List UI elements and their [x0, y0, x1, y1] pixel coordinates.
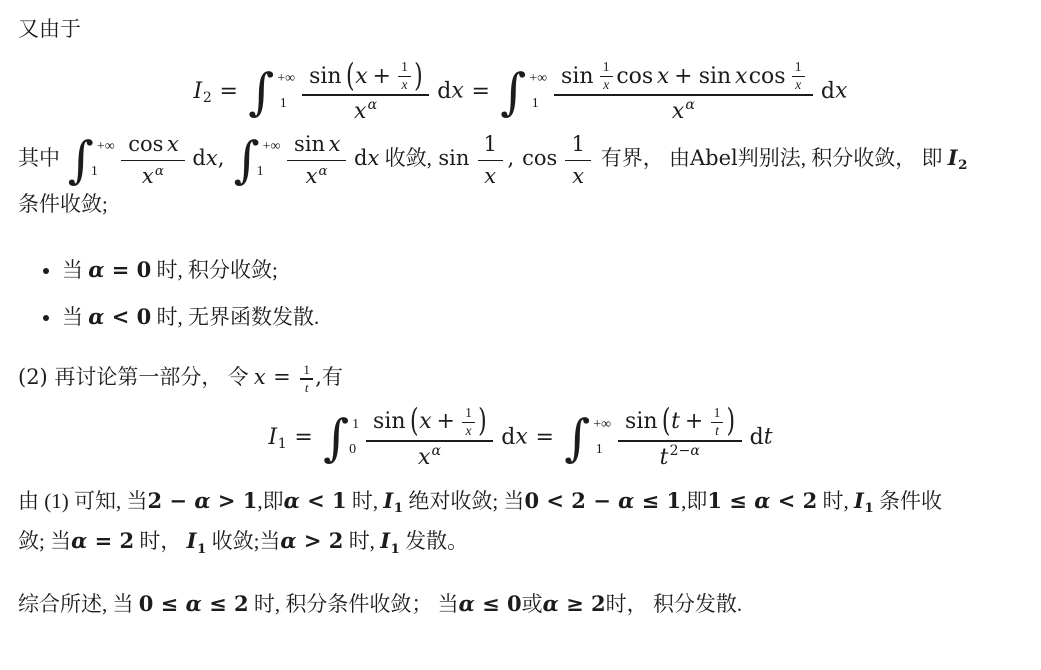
math-variable: x — [419, 408, 431, 436]
math-delimiter: ( — [346, 57, 355, 97]
math-segment: 2 — [958, 157, 967, 173]
fraction-numerator: 1 — [711, 406, 724, 421]
bold-math-run: α = 0 — [88, 257, 151, 282]
math-operator: sin — [561, 63, 594, 91]
fraction-numerator: sin(x+1x) — [302, 60, 430, 94]
math-segment: 1 — [401, 59, 408, 74]
integral-limits: +∞1 — [94, 136, 115, 185]
math-delimiter: ( — [410, 402, 419, 442]
paragraph-abel-argument: 其中 ∫+∞1cosxxαdx, ∫+∞1sinxxαdx 收敛, sin1x,… — [18, 131, 1023, 220]
text-run: 又由于 — [18, 17, 81, 41]
math-segment: α — [186, 591, 202, 616]
paragraph-part2-intro: (2) 再讨论第一部分， 令 x=1t,有 — [18, 361, 1023, 395]
text-run: 时, — [343, 529, 380, 553]
math-roman: 1 — [484, 131, 497, 157]
math-segment: α — [194, 488, 210, 513]
math-variable-bold: I2 — [948, 145, 968, 170]
math-variable: xα — [418, 444, 441, 472]
fraction-numerator: 1 — [565, 131, 590, 159]
math-segment: x — [603, 77, 609, 92]
math-segment: α — [618, 488, 634, 513]
math-segment: α — [284, 488, 300, 513]
math-segment: α — [690, 443, 700, 459]
math-operator: cos — [128, 131, 163, 157]
math-segment: α — [71, 528, 87, 553]
text-run: 其中 — [18, 146, 65, 170]
integral-upper-limit: 1 — [352, 418, 359, 432]
fraction-denominator: x — [792, 77, 804, 92]
fraction-numerator: sinx — [287, 131, 347, 159]
math-segment: > 2 — [297, 528, 344, 553]
small-fraction: 1x — [462, 406, 475, 438]
fraction-denominator: xα — [348, 96, 383, 126]
math-variable: I1 — [268, 425, 286, 450]
differential-d: d — [437, 79, 451, 104]
math-relation: = — [273, 365, 291, 389]
fraction: sin1xcosx+sinxcos1xxα — [554, 60, 813, 125]
integral-limits: +∞1 — [590, 414, 611, 463]
fraction-denominator: x — [566, 161, 590, 189]
integral-lower-limit: 0 — [346, 443, 359, 457]
bullet-item-alpha-negative: 当 α < 0 时, 无界函数发散. — [62, 302, 1023, 332]
text-run: 当 — [62, 305, 88, 329]
bold-math-run: α < 0 — [88, 304, 151, 329]
math-variable: x — [329, 131, 341, 157]
integral-lower-limit: 1 — [587, 443, 611, 457]
fraction-numerator: cosx — [121, 131, 185, 159]
math-operator: sin — [699, 63, 732, 91]
math-variable: I2 — [194, 79, 212, 104]
bold-math-run: 1 ≤ α < 2 — [707, 488, 817, 513]
math-variable: x — [254, 365, 266, 389]
math-segment: t — [715, 423, 719, 438]
fraction: sinxxα — [287, 131, 347, 189]
fraction-numerator: 1 — [300, 363, 313, 378]
fraction: cosxxα — [121, 131, 185, 189]
math-segment: ≤ 1 — [634, 488, 681, 513]
math-variable: x — [515, 425, 527, 450]
fraction-numerator: 1 — [462, 406, 475, 421]
math-variable: x — [735, 63, 747, 91]
integral-upper-limit: +∞ — [97, 140, 115, 154]
text-run: 判别法, 积分收敛， 即 — [738, 146, 948, 170]
superscript: α — [432, 444, 442, 458]
bold-math-run: 0 < 2 − α ≤ 1 — [524, 488, 681, 513]
math-segment: 1 — [864, 500, 873, 516]
math-segment: α — [88, 304, 104, 329]
superscript: 2−α — [670, 444, 700, 458]
bold-math-run: α < 1 — [284, 488, 347, 513]
bold-math-run: α > 2 — [280, 528, 343, 553]
math-segment: α — [319, 164, 328, 179]
subscript: 2 — [203, 91, 212, 105]
math-variable: x — [572, 163, 584, 189]
math-variable: xα — [306, 163, 328, 189]
math-delimiter: ) — [478, 402, 487, 442]
bold-math-run: 0 ≤ α ≤ 2 — [139, 591, 249, 616]
integral-lower-limit: 1 — [523, 97, 547, 111]
math-segment: α — [432, 443, 442, 459]
math-roman: , — [218, 146, 231, 170]
document-page: 又由于 I2=∫+∞1sin(x+1x)xαdx=∫+∞1sin1xcosx+s… — [0, 0, 1041, 670]
display-formula-i2: I2=∫+∞1sin(x+1x)xαdx=∫+∞1sin1xcosx+sinxc… — [18, 60, 1023, 125]
fraction-numerator: 1 — [600, 60, 613, 75]
text-run: 再讨论第一部分， 令 — [54, 365, 254, 389]
math-segment: 1 — [465, 405, 472, 420]
text-run: 敛; 当 — [18, 529, 71, 553]
fraction-denominator: x — [478, 161, 502, 189]
text-run: 收敛;当 — [206, 529, 280, 553]
math-segment: 1 — [394, 500, 403, 516]
math-variable: x — [167, 131, 179, 157]
fraction-denominator: xα — [666, 96, 701, 126]
math-operator: cos — [522, 146, 557, 170]
text-run: 当 — [62, 258, 88, 282]
text-run: 或 — [522, 592, 543, 616]
bold-math-run: α = 2 — [71, 528, 134, 553]
math-segment: ≤ 2 — [202, 591, 249, 616]
fraction-denominator: x — [399, 77, 411, 92]
text-run: ,即 — [681, 489, 707, 513]
subscript: 1 — [864, 502, 873, 515]
integral: ∫+∞1 — [500, 68, 547, 117]
fraction-numerator: sin(x+1x) — [366, 406, 494, 440]
subscript: 1 — [278, 437, 287, 451]
math-segment: < 1 — [300, 488, 347, 513]
bold-math-run: 2 − α > 1 — [148, 488, 258, 513]
math-segment: < 2 — [770, 488, 817, 513]
math-variable: t — [671, 408, 680, 436]
math-delimiter: ) — [726, 402, 735, 442]
integral-limits: +∞1 — [274, 68, 295, 117]
math-roman: , — [508, 146, 521, 170]
superscript: α — [685, 98, 695, 112]
subscript: 2 — [958, 159, 967, 172]
math-segment: 0 < 2 − — [524, 488, 618, 513]
fraction-denominator: t — [302, 380, 312, 395]
math-segment: 2 − — [148, 488, 195, 513]
math-segment: α — [368, 97, 378, 113]
math-operator: sin — [294, 131, 325, 157]
math-binary-operator: + — [436, 408, 454, 436]
math-variable: x — [835, 79, 847, 104]
bullet-list-alpha-cases: 当 α = 0 时, 积分收敛; 当 α < 0 时, 无界函数发散. — [18, 255, 1023, 333]
superscript: α — [368, 98, 378, 112]
math-roman: , — [315, 365, 322, 389]
math-delimiter: ) — [414, 57, 423, 97]
math-segment: 1 — [197, 541, 206, 557]
text-run: 时, 积分条件收敛； 当 — [249, 592, 459, 616]
integral-upper-limit: +∞ — [529, 72, 547, 86]
math-binary-operator: + — [674, 63, 692, 91]
fraction-numerator: sin(t+1t) — [618, 406, 742, 440]
integral-lower-limit: 1 — [271, 97, 295, 111]
math-roman: (2) — [18, 365, 54, 389]
small-fraction: 1x — [600, 60, 613, 92]
math-segment: 1 — [714, 405, 721, 420]
math-segment: α — [754, 488, 770, 513]
math-segment: ≤ 0 — [475, 591, 522, 616]
math-operator: cos — [749, 63, 786, 91]
differential-d: d — [750, 425, 764, 450]
fraction-denominator: xα — [412, 442, 447, 472]
subscript: 1 — [197, 543, 206, 556]
math-segment: < 0 — [104, 304, 151, 329]
math-segment: > 1 — [211, 488, 258, 513]
math-operator: sin — [373, 408, 406, 436]
math-variable: x — [355, 63, 367, 91]
math-relation: = — [219, 79, 237, 104]
fraction-denominator: x — [463, 423, 475, 438]
text-run: 绝对收敛; 当 — [403, 489, 524, 513]
math-segment: 1 — [303, 362, 310, 377]
math-segment: t — [305, 380, 309, 395]
subscript: 1 — [394, 502, 403, 515]
text-run: 由 (1) 可知, 当 — [18, 489, 148, 513]
math-segment: α — [543, 591, 559, 616]
text-run: 综合所述, 当 — [18, 592, 139, 616]
fraction-numerator: 1 — [478, 131, 503, 159]
differential-d: d — [192, 146, 205, 170]
math-variable: t2−α — [660, 444, 700, 472]
math-relation: = — [535, 425, 553, 450]
small-fraction: 1x — [792, 60, 805, 92]
integral: ∫+∞1 — [234, 136, 281, 185]
math-variable: x — [657, 63, 669, 91]
math-relation: = — [471, 79, 489, 104]
fraction-numerator: 1 — [398, 60, 411, 75]
fraction: sin(t+1t)t2−α — [618, 406, 742, 471]
text-run: 时, 积分收敛; — [151, 258, 278, 282]
math-variable: xα — [142, 163, 164, 189]
math-roman: Abel — [690, 146, 738, 170]
fraction: 1x — [565, 131, 590, 189]
subscript: 1 — [391, 543, 400, 556]
math-segment: 1 — [278, 436, 287, 452]
math-binary-operator: + — [685, 408, 703, 436]
math-variable: xα — [672, 98, 695, 126]
fraction-numerator: sin1xcosx+sinxcos1x — [554, 60, 813, 94]
math-variable-bold: I1 — [854, 488, 874, 513]
paragraph-i1-analysis: 由 (1) 可知, 当2 − α > 1,即α < 1 时, I1 绝对收敛; … — [18, 481, 1023, 562]
text-run: 条件收 — [874, 489, 942, 513]
display-formula-i1: I1=∫10sin(x+1x)xαdx=∫+∞1sin(t+1t)t2−αdt — [18, 406, 1023, 471]
integral-upper-limit: +∞ — [593, 418, 611, 432]
math-binary-operator: + — [372, 63, 390, 91]
fraction-denominator: t2−α — [654, 442, 706, 472]
math-variable-bold: I1 — [380, 528, 400, 553]
fraction: sin(x+1x)xα — [366, 406, 494, 471]
text-run: 有界， 由 — [595, 146, 690, 170]
fraction-denominator: xα — [300, 161, 334, 189]
superscript: α — [155, 165, 164, 178]
integral-lower-limit: 1 — [91, 165, 115, 179]
integral: ∫+∞1 — [68, 136, 115, 185]
small-fraction: 1x — [398, 60, 411, 92]
text-run: 时， 积分发散. — [606, 592, 743, 616]
text-run: ,即 — [257, 489, 283, 513]
math-delimiter: ( — [662, 402, 671, 442]
math-variable-bold: I1 — [187, 528, 207, 553]
math-segment: α — [280, 528, 296, 553]
fraction: sin(x+1x)xα — [302, 60, 430, 125]
superscript: α — [319, 165, 328, 178]
integral: ∫+∞1 — [564, 414, 611, 463]
math-operator: sin — [625, 408, 658, 436]
math-operator: cos — [616, 63, 653, 91]
integral: ∫+∞1 — [248, 68, 295, 117]
math-segment: 0 ≤ — [139, 591, 186, 616]
fraction: 1x — [478, 131, 503, 189]
text-run: 时, — [817, 489, 854, 513]
fraction-denominator: x — [600, 77, 612, 92]
math-variable: t — [764, 425, 773, 450]
integral-upper-limit: +∞ — [277, 72, 295, 86]
math-variable: x — [484, 163, 496, 189]
fraction-denominator: xα — [136, 161, 170, 189]
math-variable: x — [451, 79, 463, 104]
math-variable: x — [367, 146, 379, 170]
integral-lower-limit: 1 — [257, 165, 281, 179]
math-segment: 1 ≤ — [707, 488, 754, 513]
math-segment: α — [155, 164, 164, 179]
math-variable: xα — [354, 98, 377, 126]
differential-d: d — [501, 425, 515, 450]
text-run: 条件收敛; — [18, 192, 108, 216]
bold-math-run: α ≤ 0 — [459, 591, 522, 616]
math-segment: 1 — [603, 59, 610, 74]
bullet-item-alpha-zero: 当 α = 0 时, 积分收敛; — [62, 255, 1023, 285]
paragraph-conclusion: 综合所述, 当 0 ≤ α ≤ 2 时, 积分条件收敛； 当α ≤ 0或α ≥ … — [18, 588, 1023, 621]
differential-d: d — [354, 146, 367, 170]
math-segment: α — [685, 97, 695, 113]
integral: ∫10 — [323, 414, 359, 463]
fraction-denominator: t — [712, 423, 722, 438]
math-relation: = — [294, 425, 312, 450]
math-roman: 1 — [571, 131, 584, 157]
bold-math-run: α ≥ 2 — [543, 591, 606, 616]
math-segment: x — [795, 77, 801, 92]
paragraph-intro: 又由于 — [18, 14, 1023, 44]
text-run: 有 — [322, 365, 343, 389]
integral-limits: 10 — [349, 414, 359, 463]
small-fraction: 1t — [711, 406, 724, 438]
math-segment: = 2 — [87, 528, 134, 553]
integral-upper-limit: +∞ — [263, 140, 281, 154]
math-segment: ≥ 2 — [559, 591, 606, 616]
math-variable-bold: I1 — [383, 488, 403, 513]
text-run: 时, — [347, 489, 384, 513]
math-segment: α — [459, 591, 475, 616]
differential-d: d — [821, 79, 835, 104]
math-variable: x — [206, 146, 218, 170]
math-segment: = 0 — [104, 257, 151, 282]
math-operator: sin — [309, 63, 342, 91]
text-run: 时， — [134, 529, 187, 553]
math-segment: 2 — [203, 90, 212, 106]
small-fraction: 1t — [300, 363, 313, 394]
math-segment: x — [466, 423, 472, 438]
math-segment: 2− — [670, 443, 691, 459]
text-run: 收敛, — [379, 146, 437, 170]
integral-limits: +∞1 — [260, 136, 281, 185]
math-segment: 1 — [795, 59, 802, 74]
math-operator: sin — [438, 146, 469, 170]
fraction-numerator: 1 — [792, 60, 805, 75]
text-run: 发散。 — [400, 529, 468, 553]
math-segment: α — [88, 257, 104, 282]
integral-limits: +∞1 — [526, 68, 547, 117]
text-run: 时, 无界函数发散. — [151, 305, 319, 329]
math-segment: 1 — [391, 541, 400, 557]
math-segment: x — [402, 77, 408, 92]
